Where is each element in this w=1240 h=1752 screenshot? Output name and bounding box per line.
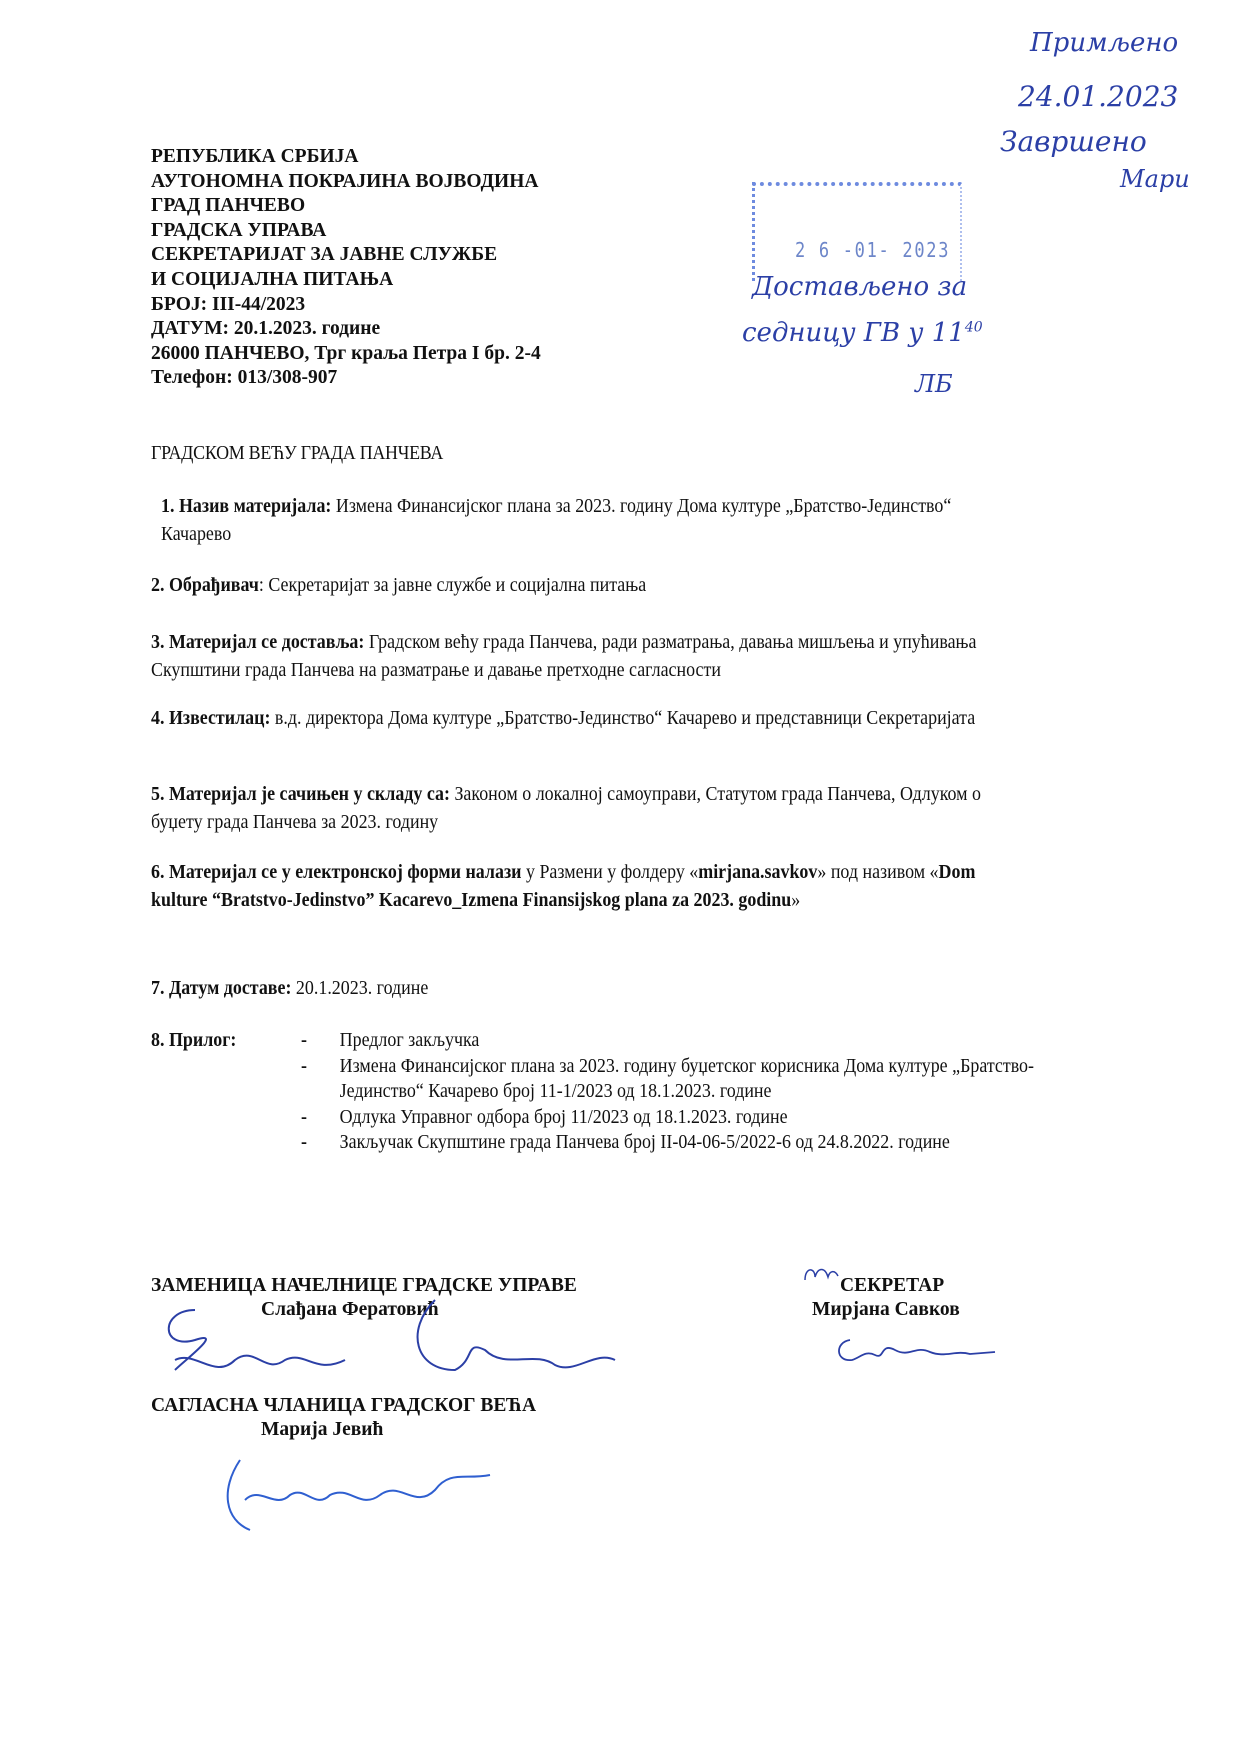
attachments-list: -Предлог закључка -Измена Финансијског п… bbox=[301, 1028, 1101, 1156]
signatory-name: Марија Јевић bbox=[151, 1418, 536, 1442]
stamp-handwritten-line2: седницу ГВ у 1140 bbox=[742, 318, 983, 348]
signature-block-council-member: САГЛАСНА ЧЛАНИЦА ГРАДСКОГ ВЕЋА Марија Је… bbox=[151, 1394, 536, 1442]
bullet-dash-icon: - bbox=[301, 1054, 307, 1080]
item-rapporteur: 4. Известилац: в.д. директора Дома култу… bbox=[151, 705, 1007, 733]
item-label: 4. Известилац: bbox=[151, 708, 270, 729]
addressee: ГРАДСКОМ ВЕЋУ ГРАДА ПАНЧЕВА bbox=[151, 443, 443, 465]
handwritten-completed: Завршено bbox=[1000, 125, 1147, 158]
item-delivered-to: 3. Материјал се доставља: Градском већу … bbox=[151, 629, 1007, 685]
signature-block-deputy-head: ЗАМЕНИЦА НАЧЕЛНИЦЕ ГРАДСКЕ УПРАВЕ Слађан… bbox=[151, 1274, 577, 1322]
header-line-address: 26000 ПАНЧЕВО, Трг краља Петра I бр. 2-4 bbox=[151, 342, 541, 367]
document-page: РЕПУБЛИКА СРБИЈА АУТОНОМНА ПОКРАЈИНА ВОЈ… bbox=[0, 0, 1240, 1752]
signatory-title: СЕКРЕТАР bbox=[812, 1274, 960, 1298]
item-label: 3. Материјал се доставља: bbox=[151, 632, 364, 653]
attachment-item: -Измена Финансијског плана за 2023. годи… bbox=[301, 1054, 1076, 1105]
bullet-dash-icon: - bbox=[301, 1028, 307, 1054]
handwritten-received-date: 24.01.2023 bbox=[1018, 80, 1178, 113]
bullet-dash-icon: - bbox=[301, 1130, 307, 1156]
received-stamp bbox=[752, 182, 962, 281]
handwritten-name: Мари bbox=[1120, 165, 1190, 193]
signatory-title: ЗАМЕНИЦА НАЧЕЛНИЦЕ ГРАДСКЕ УПРАВЕ bbox=[151, 1274, 577, 1298]
header-line-date: ДАТУМ: 20.1.2023. године bbox=[151, 317, 541, 342]
item-electronic-location: 6. Материјал се у електронској форми нал… bbox=[151, 859, 1007, 915]
folder-name: mirjana.savkov bbox=[698, 862, 817, 883]
header-line-secretariat-2: И СОЦИЈАЛНА ПИТАЊА bbox=[151, 268, 541, 293]
signatory-title: САГЛАСНА ЧЛАНИЦА ГРАДСКОГ ВЕЋА bbox=[151, 1394, 536, 1418]
handwritten-signature-savkov bbox=[830, 1330, 1000, 1370]
header-line-city: ГРАД ПАНЧЕВО bbox=[151, 194, 541, 219]
header-line-administration: ГРАДСКА УПРАВА bbox=[151, 219, 541, 244]
attachment-item: -Предлог закључка bbox=[301, 1028, 1076, 1054]
item-label: 7. Датум доставе: bbox=[151, 978, 291, 999]
attachments-label: 8. Прилог: bbox=[151, 1028, 236, 1054]
header-line-republic: РЕПУБЛИКА СРБИЈА bbox=[151, 145, 541, 170]
item-preparer: 2. Обрађивач: Секретаријат за јавне служ… bbox=[151, 572, 1007, 600]
stamp-initials: ЛБ bbox=[915, 370, 953, 398]
item-delivery-date: 7. Датум доставе: 20.1.2023. године bbox=[151, 975, 1007, 1003]
handwritten-received: Примљено bbox=[1030, 28, 1178, 58]
bullet-dash-icon: - bbox=[301, 1105, 307, 1131]
item-label: 1. Назив материјала: bbox=[161, 496, 331, 517]
item-text: 20.1.2023. године bbox=[291, 978, 428, 999]
handwritten-signature-jevic bbox=[220, 1450, 500, 1540]
item-label: 5. Материјал је сачињен у складу са: bbox=[151, 784, 450, 805]
item-text: у Размени у фолдеру « bbox=[522, 862, 699, 883]
stamp-handwritten-time: 40 bbox=[965, 319, 983, 335]
item-label: 6. Материјал се у електронској форми нал… bbox=[151, 862, 522, 883]
item-text: в.д. директора Дома културе „Братство-Је… bbox=[270, 708, 975, 729]
item-text: » bbox=[791, 890, 800, 911]
stamp-date: 2 6 -01- 2023 bbox=[795, 238, 950, 262]
signature-block-secretary: СЕКРЕТАР Мирјана Савков bbox=[812, 1274, 960, 1322]
item-legal-basis: 5. Материјал је сачињен у складу са: Зак… bbox=[151, 781, 1007, 837]
stamp-handwritten-text: седницу ГВ у 11 bbox=[742, 318, 965, 348]
attachment-item: -Одлука Управног одбора број 11/2023 од … bbox=[301, 1105, 1076, 1131]
item-material-name: 1. Назив материјала: Измена Финансијског… bbox=[161, 493, 1017, 549]
item-text: : Секретаријат за јавне службе и социјал… bbox=[259, 575, 646, 596]
header-line-number: БРОЈ: III-44/2023 bbox=[151, 293, 541, 318]
letterhead: РЕПУБЛИКА СРБИЈА АУТОНОМНА ПОКРАЈИНА ВОЈ… bbox=[151, 145, 541, 391]
signatory-name: Мирјана Савков bbox=[812, 1298, 960, 1322]
item-text: » под називом « bbox=[817, 862, 938, 883]
item-label: 2. Обрађивач bbox=[151, 575, 259, 596]
header-line-secretariat: СЕКРЕТАРИЈАТ ЗА ЈАВНЕ СЛУЖБЕ bbox=[151, 243, 541, 268]
header-line-province: АУТОНОМНА ПОКРАЈИНА ВОЈВОДИНА bbox=[151, 170, 541, 195]
header-line-phone: Телефон: 013/308-907 bbox=[151, 366, 541, 391]
signatory-name: Слађана Фератовић bbox=[151, 1298, 577, 1322]
attachment-item: -Закључак Скупштине града Панчева број I… bbox=[301, 1130, 1076, 1156]
